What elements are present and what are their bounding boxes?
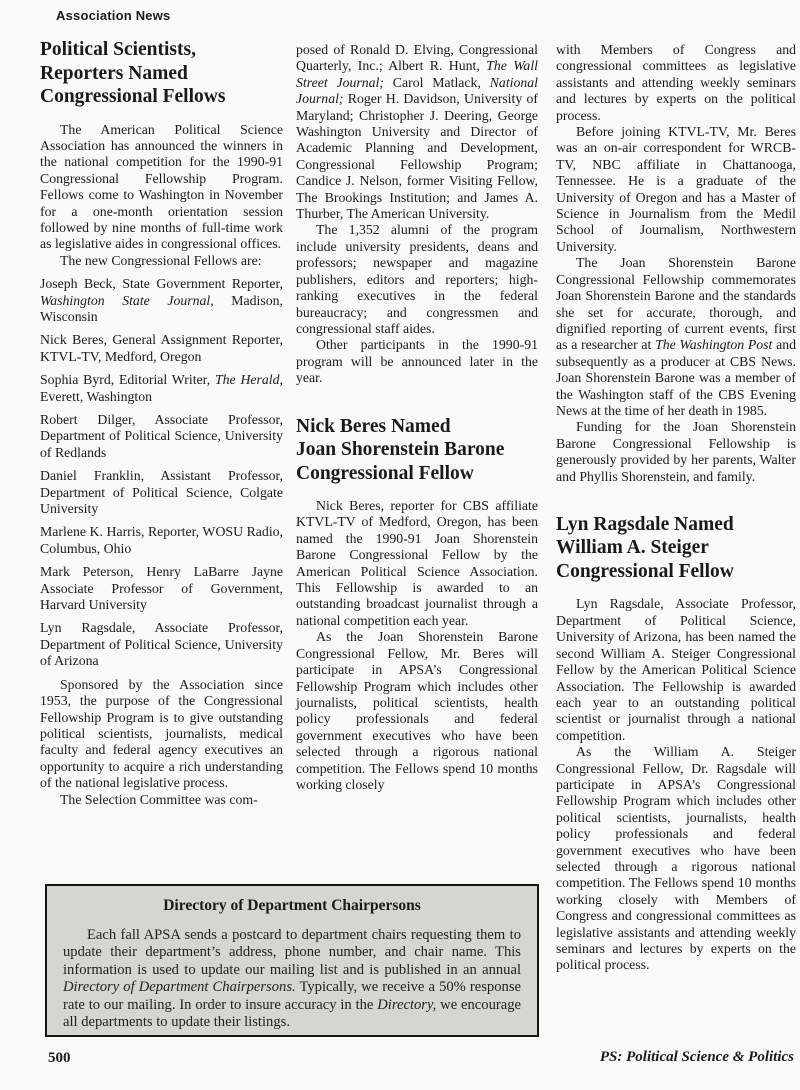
paragraph: Lyn Ragsdale, Associate Professor, Depar… — [556, 596, 796, 744]
paragraph: The 1,352 alumni of the program include … — [296, 222, 538, 337]
paragraph: The Selection Committee was com- — [40, 792, 283, 808]
paragraph: The Joan Shorenstein Barone Congressiona… — [556, 255, 796, 419]
fellow-entry: Daniel Franklin, Assistant Professor, De… — [40, 468, 283, 517]
fellow-entry: Lyn Ragsdale, Associate Professor, Depar… — [40, 620, 283, 669]
running-head: Association News — [56, 8, 170, 23]
column-3: with Members of Congress and congression… — [556, 42, 796, 974]
paragraph: Funding for the Joan Shorenstein Barone … — [556, 419, 796, 485]
paragraph: The American Political Science Associati… — [40, 122, 283, 253]
paragraph: Before joining KTVL-TV, Mr. Beres was an… — [556, 124, 796, 255]
paragraph: As the William A. Steiger Congressional … — [556, 744, 796, 974]
paragraph: with Members of Congress and congression… — [556, 42, 796, 124]
directory-box-title: Directory of Department Chairpersons — [63, 897, 521, 915]
fellow-entry: Joseph Beck, State Government Reporter, … — [40, 276, 283, 325]
paragraph: posed of Ronald D. Elving, Congressional… — [296, 42, 538, 222]
article-heading: Political Scientists, Reporters Named Co… — [40, 38, 283, 109]
column-2: posed of Ronald D. Elving, Congressional… — [296, 42, 538, 793]
paragraph: Other participants in the 1990-91 progra… — [296, 337, 538, 386]
paragraph: As the Joan Shorenstein Barone Congressi… — [296, 629, 538, 793]
fellow-entry: Sophia Byrd, Editorial Writer, The Heral… — [40, 372, 283, 405]
fellow-entry: Marlene K. Harris, Reporter, WOSU Radio,… — [40, 524, 283, 557]
column-1: Political Scientists, Reporters Named Co… — [40, 38, 283, 808]
page-number: 500 — [48, 1050, 71, 1067]
fellow-entry: Robert Dilger, Associate Professor, Depa… — [40, 412, 283, 461]
paragraph: Sponsored by the Association since 1953,… — [40, 677, 283, 792]
fellow-entry: Nick Beres, General Assignment Reporter,… — [40, 332, 283, 365]
paragraph: The new Congressional Fellows are: — [40, 253, 283, 269]
article-heading: Nick Beres Named Joan Shorenstein Barone… — [296, 415, 538, 486]
article-heading: Lyn Ragsdale Named William A. Steiger Co… — [556, 513, 796, 584]
journal-title: PS: Political Science & Politics — [600, 1049, 794, 1066]
paragraph: Nick Beres, reporter for CBS affiliate K… — [296, 498, 538, 629]
journal-page: Association News Political Scientists, R… — [0, 0, 800, 1090]
fellow-entry: Mark Peterson, Henry LaBarre Jayne Assoc… — [40, 564, 283, 613]
directory-box-text: Each fall APSA sends a postcard to depar… — [63, 927, 521, 1031]
directory-box: Directory of Department Chairpersons Eac… — [45, 884, 539, 1037]
